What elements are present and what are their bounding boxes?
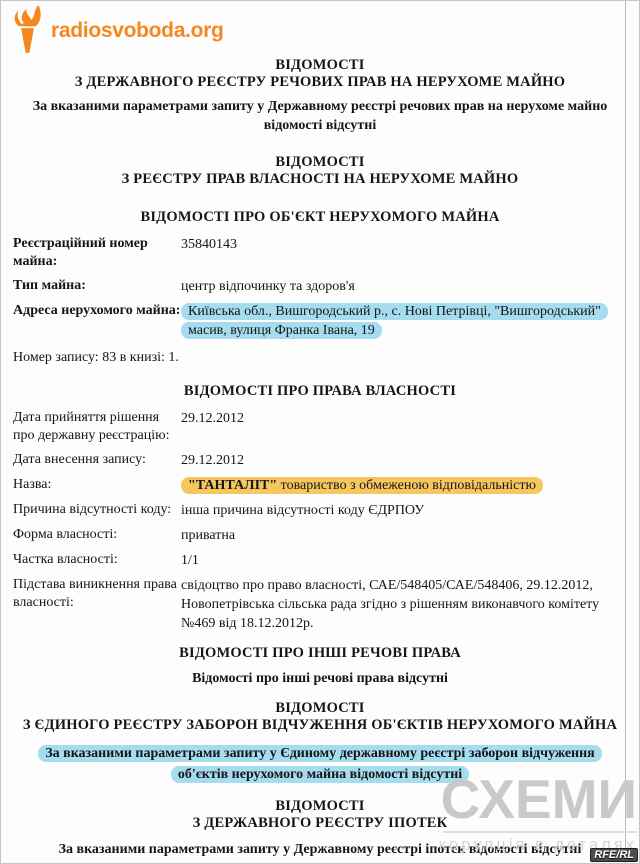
field-value: 35840143: [181, 235, 625, 271]
radiosvoboda-logo: radiosvoboda.org: [11, 6, 639, 56]
field-label: Дата внесення запису:: [13, 451, 181, 470]
field-label: Форма власності:: [13, 526, 181, 545]
ownership-info-title: ВІДОМОСТІ ПРО ПРАВА ВЛАСНОСТІ: [1, 383, 639, 400]
torch-icon: [11, 5, 44, 58]
field-label: Тип майна:: [13, 277, 181, 296]
section-title-line2: З РЕЄСТРУ ПРАВ ВЛАСНОСТІ НА НЕРУХОМЕ МАЙ…: [1, 171, 639, 188]
section-ownership-register: ВІДОМОСТІ З РЕЄСТРУ ПРАВ ВЛАСНОСТІ НА НЕ…: [1, 154, 639, 188]
highlighted-address: Київська обл., Вишгородський р., с. Нові…: [181, 303, 608, 339]
table-row: Підстава виникнення права власності: сві…: [13, 576, 625, 633]
field-value: 1/1: [181, 551, 625, 570]
section-mortgage-register: ВІДОМОСТІ З ДЕРЖАВНОГО РЕЄСТРУ ІПОТЕК За…: [1, 798, 639, 860]
field-label: Назва:: [13, 476, 181, 495]
field-value: інша причина відсутності коду ЄДРПОУ: [181, 501, 625, 520]
field-value: центр відпочинку та здоров'я: [181, 277, 625, 296]
field-label: Реєстраційний номер майна:: [13, 235, 181, 271]
table-row: Реєстраційний номер майна: 35840143: [13, 235, 625, 271]
object-info-table: Реєстраційний номер майна: 35840143 Тип …: [13, 235, 625, 340]
highlighted-status-note: За вказаними параметрами запиту у Єдином…: [1, 743, 639, 785]
section-title: ВІДОМОСТІ: [1, 798, 639, 815]
table-row: Назва: "ТАНТАЛІТ" товариство з обмеженою…: [13, 476, 625, 495]
highlighted-owner-name: "ТАНТАЛІТ" товариство з обмеженою відпов…: [181, 477, 543, 494]
section-property-rights-register: ВІДОМОСТІ З ДЕРЖАВНОГО РЕЄСТРУ РЕЧОВИХ П…: [1, 57, 639, 135]
status-note: За вказаними параметрами запиту у Держав…: [1, 841, 639, 859]
owner-name-rest: товариство з обмеженою відповідальністю: [277, 478, 536, 493]
table-row: Дата внесення запису: 29.12.2012: [13, 451, 625, 470]
field-label: Адреса нерухомого майна:: [13, 302, 181, 340]
section-prohibition-register: ВІДОМОСТІ З ЄДИНОГО РЕЄСТРУ ЗАБОРОН ВІДЧ…: [1, 700, 639, 785]
section-title: ВІДОМОСТІ: [1, 57, 639, 74]
field-label: Частка власності:: [13, 551, 181, 570]
highlighted-note-text: За вказаними параметрами запиту у Єдином…: [38, 745, 602, 783]
section-title: ВІДОМОСТІ: [1, 700, 639, 717]
field-value-address: Київська обл., Вишгородський р., с. Нові…: [181, 302, 625, 340]
field-label: Причина відсутності коду:: [13, 501, 181, 520]
table-row: Форма власності: приватна: [13, 526, 625, 545]
status-note: Відомості про інші речові права відсутні: [1, 670, 639, 688]
registry-document-page: radiosvoboda.org ВІДОМОСТІ З ДЕРЖАВНОГО …: [0, 0, 640, 864]
record-number-note: Номер запису: 83 в книзі: 1.: [13, 349, 639, 367]
logo-text: radiosvoboda.org: [51, 19, 224, 43]
field-value: приватна: [181, 526, 625, 545]
table-row: Адреса нерухомого майна: Київська обл., …: [13, 302, 625, 340]
field-value: свідоцтво про право власності, САЕ/54840…: [181, 576, 625, 633]
rferl-badge: RFE/RL: [590, 848, 638, 862]
section-title: ВІДОМОСТІ ПРО ІНШІ РЕЧОВІ ПРАВА: [1, 645, 639, 662]
status-note: За вказаними параметрами запиту у Держав…: [1, 98, 639, 135]
field-value-owner-name: "ТАНТАЛІТ" товариство з обмеженою відпов…: [181, 476, 625, 495]
field-label: Підстава виникнення права власності:: [13, 576, 181, 633]
table-row: Дата прийняття рішення про державну реєс…: [13, 409, 625, 445]
section-title-line2: З ДЕРЖАВНОГО РЕЄСТРУ РЕЧОВИХ ПРАВ НА НЕР…: [1, 74, 639, 91]
table-row: Тип майна: центр відпочинку та здоров'я: [13, 277, 625, 296]
owner-name-bold: "ТАНТАЛІТ": [188, 478, 277, 493]
field-value: 29.12.2012: [181, 451, 625, 470]
ownership-info-table: Дата прийняття рішення про державну реєс…: [13, 409, 625, 633]
field-label: Дата прийняття рішення про державну реєс…: [13, 409, 181, 445]
section-title-line2: З ДЕРЖАВНОГО РЕЄСТРУ ІПОТЕК: [1, 815, 639, 832]
table-row: Причина відсутності коду: інша причина в…: [13, 501, 625, 520]
object-info-title: ВІДОМОСТІ ПРО ОБ'ЄКТ НЕРУХОМОГО МАЙНА: [1, 209, 639, 226]
section-title-line2: З ЄДИНОГО РЕЄСТРУ ЗАБОРОН ВІДЧУЖЕННЯ ОБ'…: [1, 717, 639, 734]
section-other-rights: ВІДОМОСТІ ПРО ІНШІ РЕЧОВІ ПРАВА Відомост…: [1, 645, 639, 689]
field-value: 29.12.2012: [181, 409, 625, 445]
table-row: Частка власності: 1/1: [13, 551, 625, 570]
section-title: ВІДОМОСТІ: [1, 154, 639, 171]
